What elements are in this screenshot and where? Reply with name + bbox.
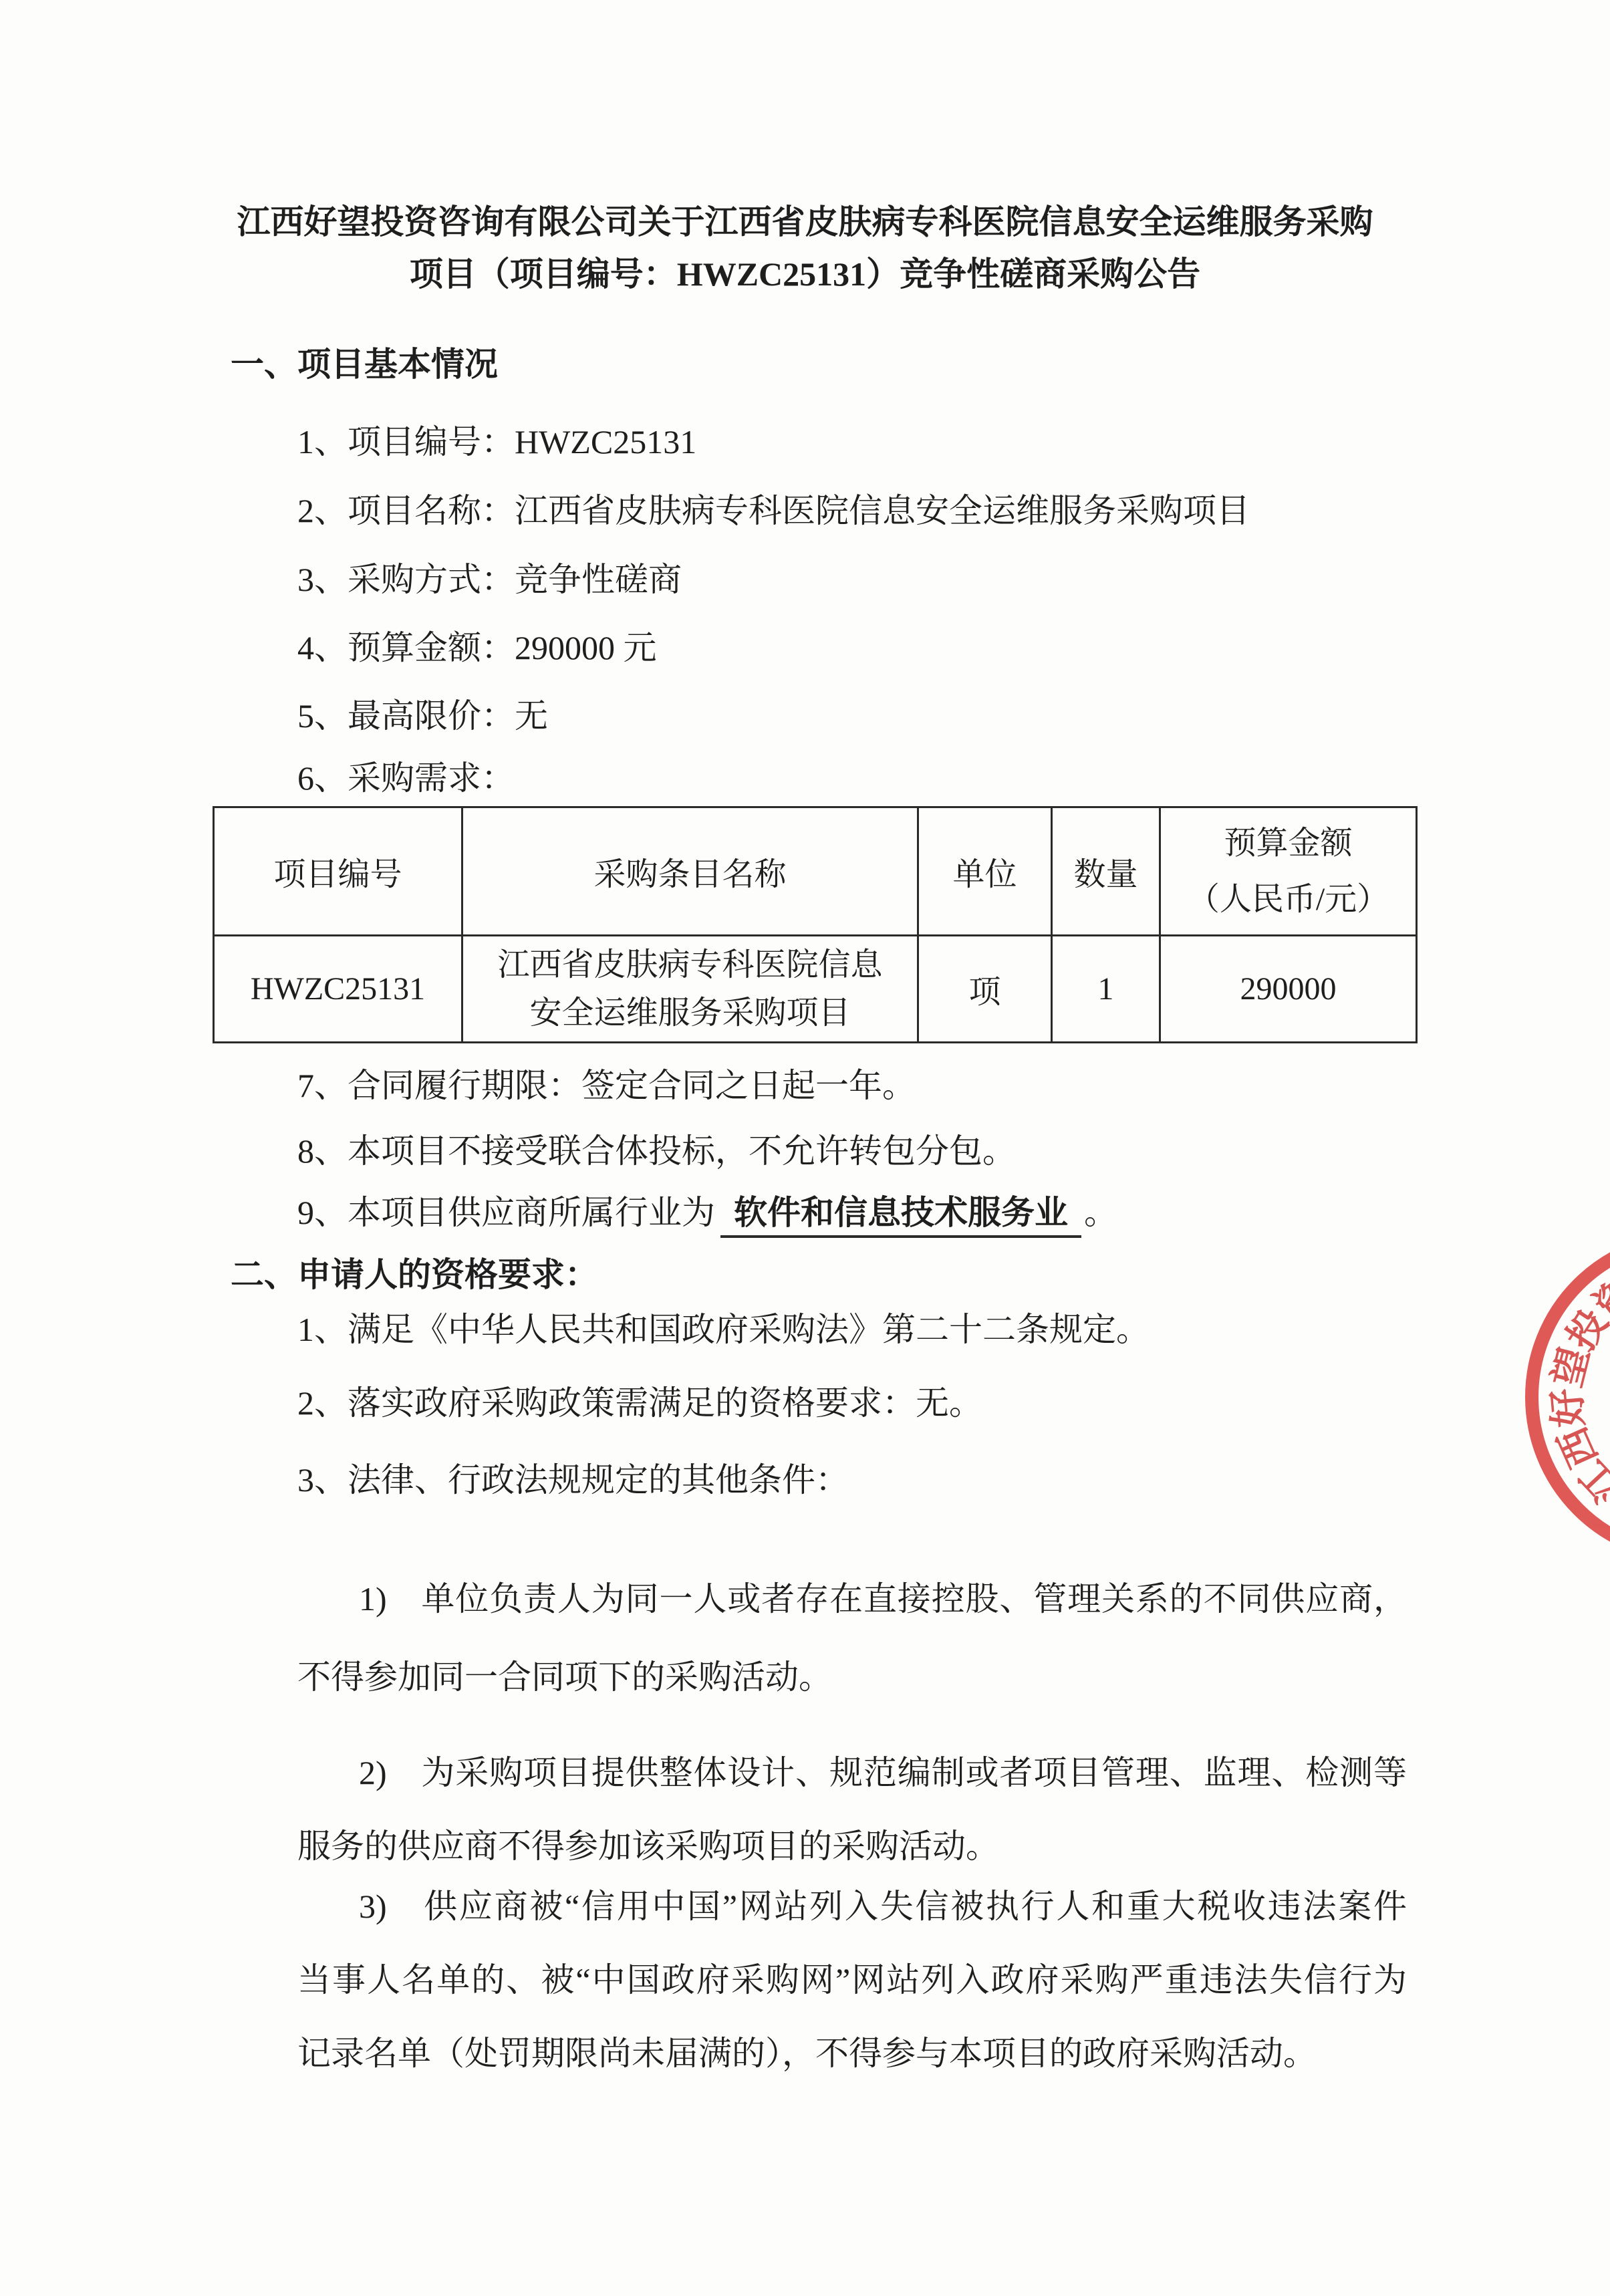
qualification-item2: 2、落实政府采购政策需满足的资格要求：无。 xyxy=(297,1382,982,1424)
condition1-line1: 1) 单位负责人为同一人或者存在直接控股、管理关系的不同供应商， xyxy=(359,1577,1407,1620)
condition3-line3: 记录名单（处罚期限尚未届满的），不得参与本项目的政府采购活动。 xyxy=(297,2032,1317,2075)
item-supplier-industry: 9、本项目供应商所属行业为软件和信息技术服务业。 xyxy=(297,1191,1117,1234)
col-header-budget: 预算金额 （人民币/元） xyxy=(1160,807,1417,936)
item-budget-amount: 4、预算金额：290000 元 xyxy=(297,626,657,669)
item-procurement-demand: 6、采购需求： xyxy=(297,757,515,799)
col-header-quantity: 数量 xyxy=(1052,807,1160,936)
col-header-budget-line1: 预算金额 xyxy=(1161,815,1416,872)
item-supplier-industry-prefix: 9、本项目供应商所属行业为 xyxy=(297,1194,715,1231)
procurement-table: 项目编号 采购条目名称 单位 数量 预算金额 （人民币/元） HWZC25131… xyxy=(213,806,1418,1043)
condition2-line2: 服务的供应商不得参加该采购项目的采购活动。 xyxy=(297,1825,999,1868)
condition3-line2: 当事人名单的、被“中国政府采购网”网站列入政府采购严重违法失信行为 xyxy=(297,1958,1407,2001)
cell-item-name-line1: 江西省皮肤病专科医院信息 xyxy=(463,941,917,989)
document-page: 江西好望投资咨询有限公司关于江西省皮肤病专科医院信息安全运维服务采购 项目（项目… xyxy=(0,0,1610,2296)
col-header-item-name: 采购条目名称 xyxy=(462,807,918,936)
company-seal-stamp: 资 投 望 好 西 江 xyxy=(1525,1231,1610,1563)
cell-unit: 项 xyxy=(918,936,1052,1043)
col-header-project-code: 项目编号 xyxy=(214,807,462,936)
item-project-number: 1、项目编号：HWZC25131 xyxy=(297,420,696,463)
item-contract-period: 7、合同履行期限：签定合同之日起一年。 xyxy=(297,1064,916,1107)
section1-heading: 一、项目基本情况 xyxy=(231,343,498,386)
cell-project-code: HWZC25131 xyxy=(214,936,462,1043)
item-no-consortium: 8、本项目不接受联合体投标，不允许转包分包。 xyxy=(297,1130,1016,1172)
item-project-name: 2、项目名称：江西省皮肤病专科医院信息安全运维服务采购项目 xyxy=(297,489,1250,532)
industry-underlined-text: 软件和信息技术服务业 xyxy=(720,1194,1081,1238)
table-header-row: 项目编号 采购条目名称 单位 数量 预算金额 （人民币/元） xyxy=(214,807,1417,936)
cell-quantity: 1 xyxy=(1052,936,1160,1043)
item-supplier-industry-suffix: 。 xyxy=(1084,1194,1117,1231)
qualification-item3: 3、法律、行政法规规定的其他条件： xyxy=(297,1458,849,1501)
condition3-line1: 3) 供应商被“信用中国”网站列入失信被执行人和重大税收违法案件 xyxy=(359,1885,1407,1928)
item-price-ceiling: 5、最高限价：无 xyxy=(297,694,548,737)
cell-budget: 290000 xyxy=(1160,936,1417,1043)
qualification-item1: 1、满足《中华人民共和国政府采购法》第二十二条规定。 xyxy=(297,1308,1150,1351)
cell-item-name-line2: 安全运维服务采购项目 xyxy=(463,989,917,1037)
col-header-unit: 单位 xyxy=(918,807,1052,936)
document-title-line1: 江西好望投资咨询有限公司关于江西省皮肤病专科医院信息安全运维服务采购 xyxy=(0,201,1610,243)
col-header-budget-line2: （人民币/元） xyxy=(1161,872,1416,928)
item-procurement-method: 3、采购方式：竞争性磋商 xyxy=(297,558,682,601)
condition2-line1: 2) 为采购项目提供整体设计、规范编制或者项目管理、监理、检测等 xyxy=(359,1751,1407,1794)
cell-item-name: 江西省皮肤病专科医院信息 安全运维服务采购项目 xyxy=(462,936,918,1043)
document-title-line2: 项目（项目编号：HWZC25131）竞争性磋商采购公告 xyxy=(0,253,1610,295)
condition1-line2: 不得参加同一合同项下的采购活动。 xyxy=(297,1656,832,1698)
table-row: HWZC25131 江西省皮肤病专科医院信息 安全运维服务采购项目 项 1 29… xyxy=(214,936,1417,1043)
section2-heading: 二、申请人的资格要求： xyxy=(231,1253,598,1296)
